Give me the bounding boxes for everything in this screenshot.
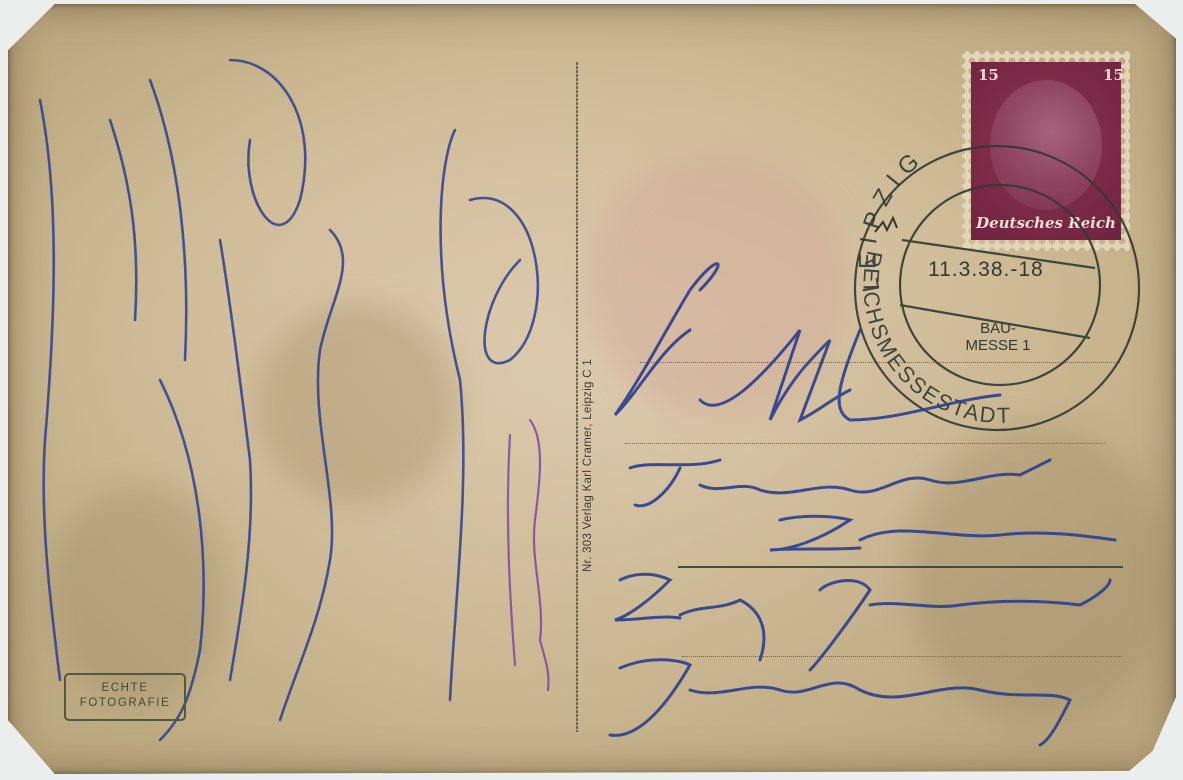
- postmark-event-line2: MESSE 1: [928, 337, 1068, 354]
- photo-mark-line2: FOTOGRAFIE: [66, 696, 184, 711]
- handwritten-side-note: [508, 420, 549, 690]
- ink-overlay: LEIPZIG REICHSMESSESTADT: [0, 0, 1183, 780]
- postmark-date: 11.3.38.-18: [928, 258, 1044, 282]
- handwritten-message: [40, 60, 538, 740]
- postmark-event-line1: BAU-: [928, 320, 1068, 337]
- photo-mark-line1: ECHTE: [66, 681, 184, 696]
- postmark-event: BAU- MESSE 1: [928, 320, 1068, 354]
- echte-fotografie-mark: ECHTE FOTOGRAFIE: [64, 673, 186, 721]
